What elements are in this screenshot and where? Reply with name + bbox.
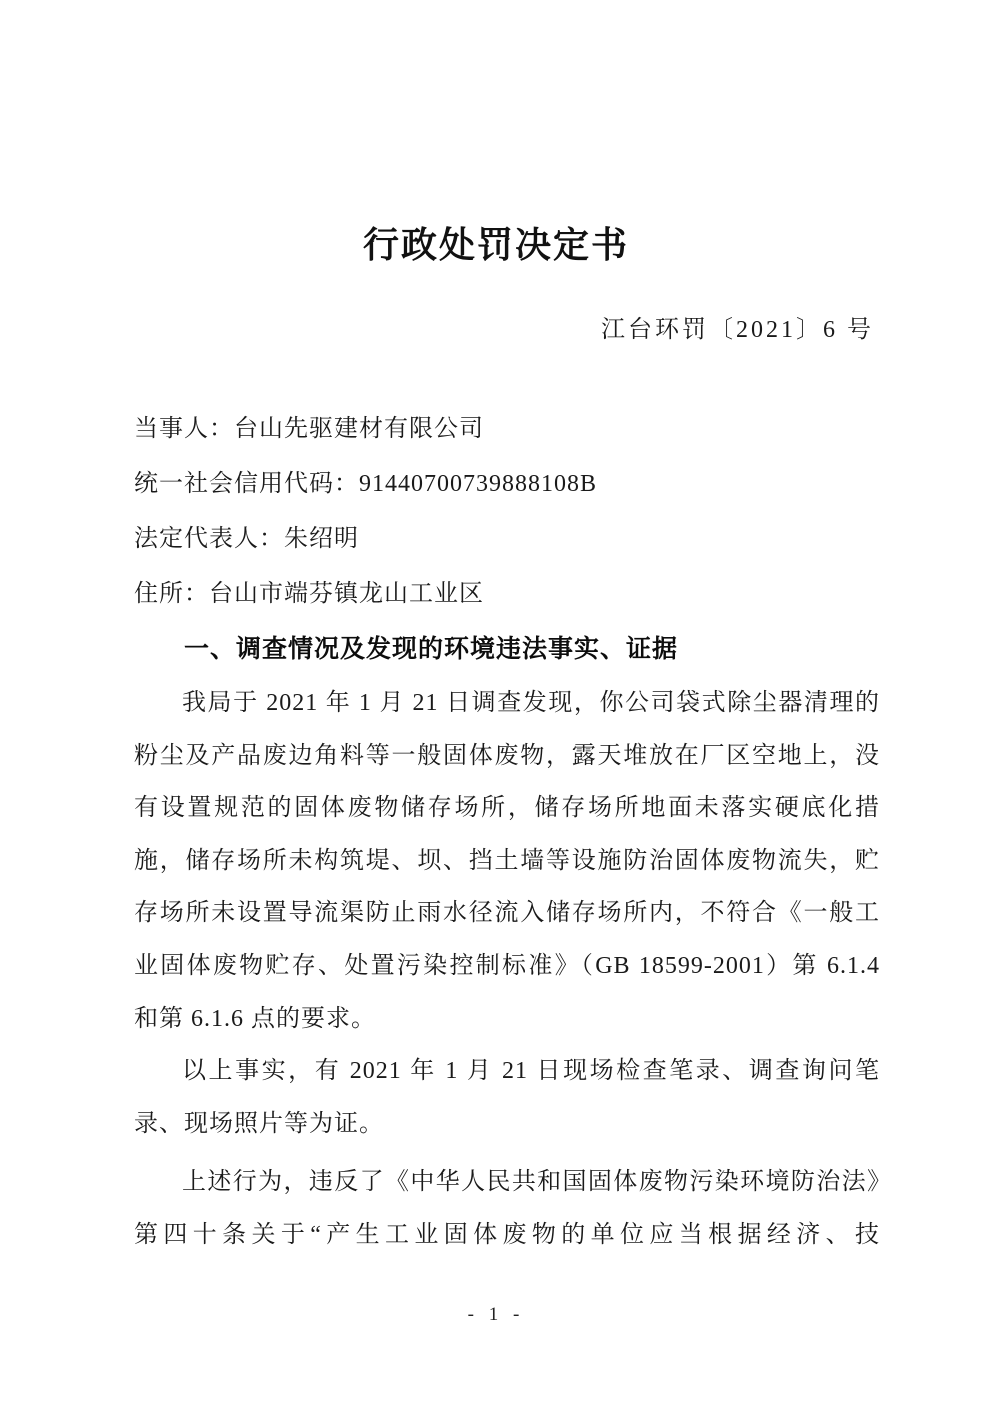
document-title: 行政处罚决定书 xyxy=(0,0,992,268)
paragraph-legal-basis: 上述行为，违反了《中华人民共和国固体废物污染环境防治法》第四十条关于“产生工业固… xyxy=(0,1156,992,1261)
penalty-decision-page: 行政处罚决定书 江台环罚〔2021〕6 号 当事人：台山先驱建材有限公司 统一社… xyxy=(0,0,992,1403)
party-name-line: 当事人：台山先驱建材有限公司 xyxy=(134,402,880,457)
legal-representative-line: 法定代表人：朱绍明 xyxy=(134,512,880,567)
section-heading-investigation: 一、调查情况及发现的环境违法事实、证据 xyxy=(0,622,992,677)
page-number: - 1 - xyxy=(0,1305,992,1325)
credit-code-line: 统一社会信用代码：91440700739888108B xyxy=(134,457,880,512)
party-info-block: 当事人：台山先驱建材有限公司 统一社会信用代码：9144070073988810… xyxy=(0,402,992,622)
address-line: 住所：台山市端芬镇龙山工业区 xyxy=(134,567,880,622)
paragraph-evidence: 以上事实，有 2021 年 1 月 21 日现场检查笔录、调查询问笔录、现场照片… xyxy=(0,1045,992,1150)
document-number: 江台环罚〔2021〕6 号 xyxy=(0,314,992,346)
paragraph-facts: 我局于 2021 年 1 月 21 日调查发现，你公司袋式除尘器清理的粉尘及产品… xyxy=(0,677,992,1045)
